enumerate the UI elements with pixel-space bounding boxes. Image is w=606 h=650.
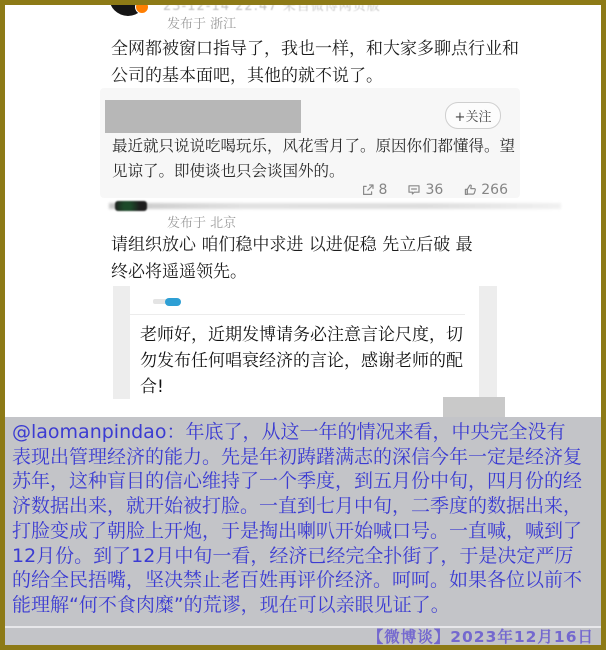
post-content: 全网都被窗口指导了，我也一样，和大家多聊点行业和 公司的基本面吧，其他的就不说了… bbox=[111, 36, 527, 89]
post-meta-timestamp-text: 23-12-14 22:47 来自微博网页版 bbox=[163, 5, 493, 12]
follow-button[interactable]: +关注 bbox=[445, 102, 501, 129]
source-footer: 【微博谈】2023年12月16日 bbox=[368, 629, 594, 645]
post-location: 发布于 北京 bbox=[167, 212, 236, 231]
commentary-handle: @laomanpindao bbox=[12, 421, 166, 443]
like-count: 266 bbox=[481, 182, 508, 198]
verified-badge-icon bbox=[135, 0, 149, 14]
post-content: 最近就只说说吃喝玩乐，风花雪月了。原因你们都懂得。望 见谅了。即使谈也只会谈国外… bbox=[112, 134, 518, 184]
screenshot-margin-left bbox=[113, 286, 130, 399]
repost-count: 8 bbox=[379, 182, 388, 198]
comment-button[interactable]: 36 bbox=[407, 182, 443, 198]
redacted-username bbox=[105, 100, 301, 133]
commentary-panel: @laomanpindao：年底了，从这一年的情况来看，中央完全没有 表现出管理… bbox=[5, 417, 601, 645]
divider bbox=[130, 314, 465, 315]
like-icon bbox=[463, 183, 477, 197]
user-avatar bbox=[115, 201, 147, 211]
post-meta-timestamp: 23-12-14 22:47 来自微博网页版 bbox=[163, 5, 493, 12]
post-location: 发布于 浙江 bbox=[167, 13, 236, 32]
quoted-post-card[interactable]: +关注 最近就只说说吃喝玩乐，风花雪月了。原因你们都懂得。望 见谅了。即使谈也只… bbox=[100, 88, 520, 198]
repost-button[interactable]: 8 bbox=[361, 182, 388, 198]
repost-icon bbox=[361, 183, 375, 197]
post-stats: 8 36 266 bbox=[361, 182, 508, 198]
commentary-text: @laomanpindao：年底了，从这一年的情况来看，中央完全没有 表现出管理… bbox=[12, 420, 594, 618]
screenshot-frame: 23-12-14 22:47 来自微博网页版 发布于 浙江 全网都被窗口指导了，… bbox=[0, 0, 606, 650]
comment-count: 36 bbox=[425, 182, 443, 198]
sender-badge-icon bbox=[165, 298, 181, 306]
post-content: 请组织放心 咱们稳中求进 以进促稳 先立后破 最 终必将遥遥领先。 bbox=[111, 232, 527, 285]
blurred-username-strip bbox=[109, 203, 561, 209]
redacted-block bbox=[443, 397, 505, 417]
comment-icon bbox=[407, 183, 421, 197]
commentary-body: ：年底了，从这一年的情况来看，中央完全没有 表现出管理经济的能力。先是年初踌躇满… bbox=[12, 421, 582, 616]
chat-message: 老师好，近期发博请务必注意言论尺度，切 勿发布任何唱衰经济的言论，感谢老师的配 … bbox=[140, 322, 486, 400]
like-button[interactable]: 266 bbox=[463, 182, 508, 198]
